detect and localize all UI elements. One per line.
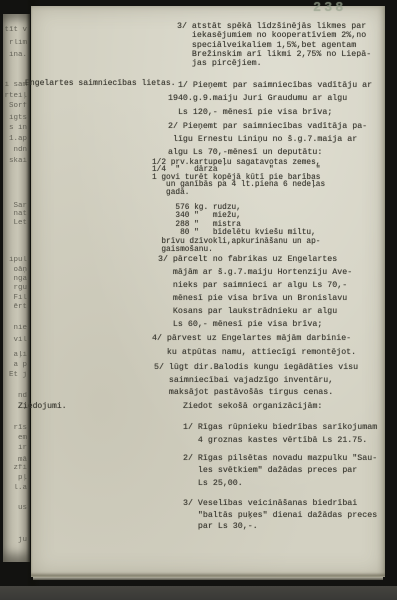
left-page-text-fragment: Let: [13, 219, 27, 227]
grain-allowance-list: 576 kg. rudzu, 340 " miežu, 288 " mistra…: [152, 204, 320, 254]
donation-item-1: 1/ Rīgas rūpnieku biedrības sarīkojumam …: [183, 421, 377, 447]
left-page-text-fragment: Et j: [9, 371, 27, 379]
left-page-text-fragment: igts: [9, 114, 27, 122]
page-number-stamp: 238: [313, 1, 346, 16]
resolution-item-rates: 3/ atstāt spēkā līdzšinējās likmes par i…: [177, 22, 371, 68]
left-page-text-fragment: l.a: [13, 484, 27, 492]
left-page-text-fragment: ērt: [13, 303, 27, 311]
left-page-text-fragment: Sar: [13, 202, 27, 210]
background-surface: [0, 586, 397, 600]
left-page-text-fragment: nie: [13, 324, 27, 332]
left-page-text-fragment: Sorf: [9, 102, 27, 110]
left-page-text-fragment: nga: [13, 275, 27, 283]
left-page-text-fragment: tīt v: [4, 26, 27, 34]
left-page-text-fragment: ina.: [9, 51, 27, 59]
left-page-text-fragment: oāņ: [13, 266, 27, 274]
resolution-item-4: 4/ pārvest uz Engelartes mājām darbinie-…: [152, 332, 356, 359]
left-page-text-fragment: rīs: [13, 424, 27, 432]
left-page-text-fragment: ipul: [9, 256, 27, 264]
left-page-text-fragment: ndn: [13, 146, 27, 154]
left-page-text-fragment: skai: [9, 157, 27, 165]
left-page-text-fragment: rlim: [9, 39, 27, 47]
left-page-text-fragment: a p: [13, 361, 27, 369]
left-page-text-fragment: s in: [9, 124, 27, 132]
left-page-text-fragment: rteiļ: [4, 92, 27, 100]
page-stack-edge: [33, 577, 383, 580]
section-label-engelartes: Engelartes saimniecības lietas.: [25, 79, 176, 88]
left-page-text-fragment: Fil: [13, 294, 27, 302]
left-page-text-fragment: zfi: [13, 464, 27, 472]
resolution-item-2: 2/ Pieņemt par saimniecības vadītāja pa-…: [168, 121, 367, 159]
section-label-ziedojumi: Ziedojumi.: [18, 402, 67, 411]
left-page-text-fragment: rgu: [13, 284, 27, 292]
left-page-text-fragment: 1.ap: [9, 135, 27, 143]
deputat-allotment-list: 1/2 prv.kartupeļu sagatavotas zemes, 1/4…: [152, 160, 325, 197]
left-page-text-fragment: vil: [13, 336, 27, 344]
donation-item-3: 3/ Veselības veicināšanas biedrībai "bal…: [183, 498, 377, 533]
resolution-item-5: 5/ lūgt dir.Balodis kungu iegādāties vis…: [154, 362, 358, 400]
document-photo: tīt vrlimina.i samrteiļSorfigtss in1.apn…: [0, 0, 397, 600]
donation-item-2: 2/ Rīgas pilsētas novadu mazpulku "Sau- …: [183, 453, 377, 490]
resolution-item-3: 3/ pārcelt no fabrikas uz Engelartes māj…: [158, 253, 352, 332]
resolution-item-1: 1/ Pieņemt par saimniecības vadītāju ar …: [168, 79, 372, 119]
left-page-text-fragment: nat: [13, 210, 27, 218]
donations-intro: Ziedot sekošā organizācijām:: [183, 402, 322, 411]
left-page-text-fragment: aļi: [13, 351, 27, 359]
left-page-text-fragment: i sam: [4, 81, 27, 89]
